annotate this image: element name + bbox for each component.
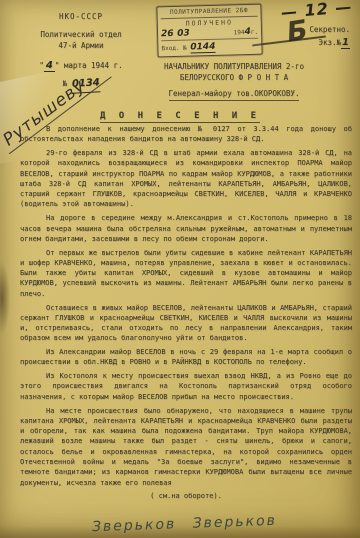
- paragraph: Оставшиеся в живых майор ВЕСЕЛОВ, лейтен…: [20, 303, 352, 344]
- letterhead-org-nko: НКО-СССР: [16, 12, 146, 23]
- document-title: Д О Н Е С Е Н И Е: [0, 103, 360, 122]
- letterhead-org-army: 47-й Армии: [16, 41, 146, 52]
- scanned-document-page: — 12 — Секретно. Экз.№1 Б НКО-СССР Полит…: [0, 0, 360, 538]
- paragraph: На месте происшествия было обнаружено, ч…: [20, 406, 352, 488]
- stamp-handwritten-day: 26: [161, 29, 174, 39]
- paragraph: От первых же выстрелов были убиты сидевш…: [20, 248, 352, 299]
- addressee-name: Генерал-майору тов.ОКОРОКОВУ.: [169, 88, 300, 101]
- paragraph: 29-го февраля из 328-й СД в штаб армии е…: [20, 148, 352, 210]
- addressee-line1: НАЧАЛЬНИКУ ПОЛИТУПРАВЛЕНИЯ 2-го: [114, 61, 354, 72]
- stamp-entry-label: Вход. №: [161, 45, 186, 53]
- stamp-handwritten-month: 03: [177, 29, 190, 39]
- report-body: В дополнение к нашему донесению № 0127 о…: [20, 124, 352, 505]
- handwritten-day: 4: [44, 60, 55, 72]
- paragraph: Из Александрии майор ВЕСЕЛОВ в ночь с 29…: [20, 347, 352, 368]
- stamp-entry-line: Вход. № 0144: [161, 41, 258, 54]
- letterhead-org-dept: Политический отдел: [16, 30, 146, 41]
- paragraph: На дороге в середине между м.Александрия…: [20, 213, 352, 244]
- paragraph: В дополнение к нашему донесению № 0127 о…: [20, 124, 352, 145]
- received-stamp: ПОЛИТУПРАВЛЕНИЕ 2БФ ПОЛУЧЕНО 26 03 1944г…: [156, 4, 262, 58]
- classification-label: Секретно.: [309, 24, 350, 35]
- see-reverse-note: ( см.на обороте).: [20, 491, 352, 501]
- stamp-org: ПОЛИТУПРАВЛЕНИЕ 2БФ: [160, 7, 257, 19]
- handwritten-copy-number: 1: [341, 37, 350, 49]
- paragraph: Из Костополя к месту происшествия выехал…: [20, 371, 352, 402]
- stamp-year: 1944г.: [234, 27, 259, 38]
- addressee-line2: БЕЛОРУССКОГО Ф Р О Н Т А: [114, 72, 354, 83]
- stamp-handwritten-entry-number: 0144: [190, 42, 215, 54]
- stamp-date-line: 26 03 1944г.: [161, 27, 258, 42]
- addressee-block: НАЧАЛЬНИКУ ПОЛИТУПРАВЛЕНИЯ 2-го БЕЛОРУСС…: [114, 61, 354, 101]
- copy-label: Экз.№: [318, 38, 341, 47]
- scan-smudge: [0, 262, 10, 334]
